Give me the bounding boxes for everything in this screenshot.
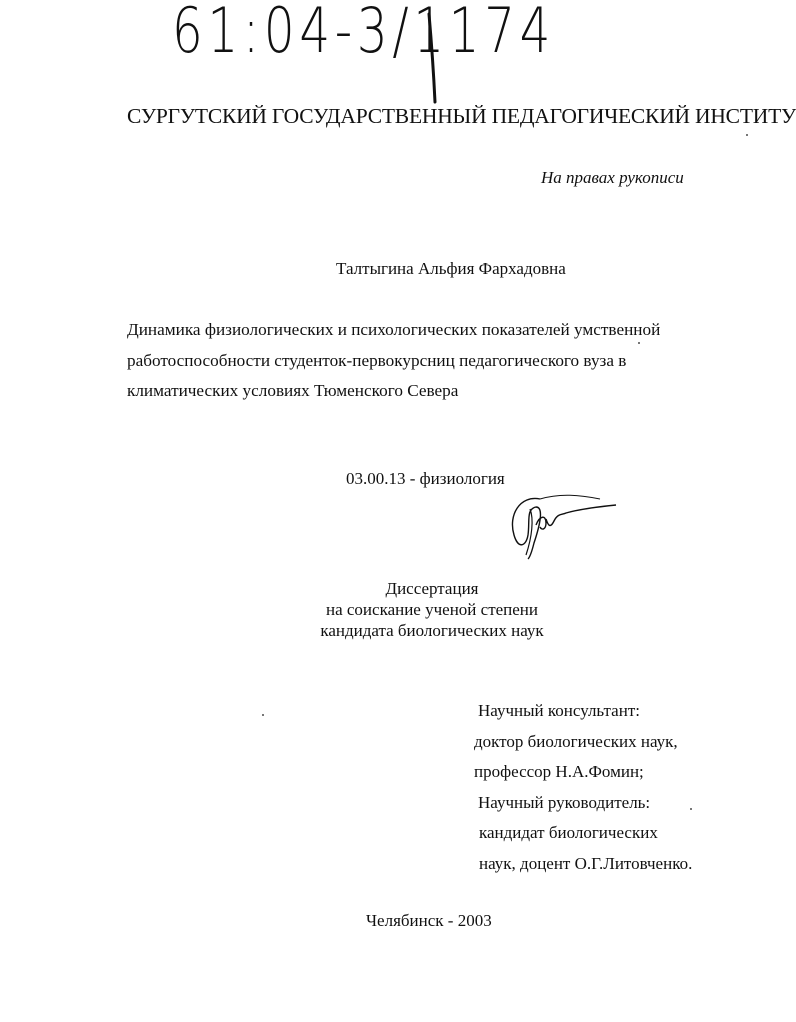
city-year: Челябинск - 2003 xyxy=(366,911,492,931)
scan-speck xyxy=(746,134,748,136)
advisor-line: Научный руководитель: xyxy=(474,788,692,819)
advisor-line: Научный консультант: xyxy=(474,696,692,727)
advisor-line: кандидат биологических xyxy=(474,818,692,849)
degree-line: на соискание ученой степени xyxy=(282,600,582,620)
author-name: Талтыгина Альфия Фархадовна xyxy=(336,259,566,279)
scan-speck xyxy=(262,714,264,716)
title-line: климатических условиях Тюменского Севера xyxy=(127,376,660,407)
advisor-line: доктор биологических наук, xyxy=(474,727,692,758)
signature-icon xyxy=(500,485,620,565)
advisor-line: наук, доцент О.Г.Литовченко. xyxy=(474,849,692,880)
archive-number: 61:04-3/1174 xyxy=(172,0,555,67)
dissertation-title: Динамика физиологических и психологическ… xyxy=(127,315,660,407)
degree-line: кандидата биологических наук xyxy=(282,620,582,642)
scan-speck xyxy=(638,342,640,344)
advisor-line: профессор Н.А.Фомин; xyxy=(474,757,692,788)
degree-line: Диссертация xyxy=(282,578,582,600)
specialty-code: 03.00.13 - физиология xyxy=(346,469,505,489)
title-line: работоспособности студенток-первокурсниц… xyxy=(127,346,660,377)
degree-block: Диссертация на соискание ученой степени … xyxy=(282,578,582,642)
scan-speck xyxy=(690,808,692,810)
title-line: Динамика физиологических и психологическ… xyxy=(127,315,660,346)
manuscript-rights: На правах рукописи xyxy=(541,168,684,188)
handwritten-slash-icon xyxy=(425,10,445,105)
advisors-block: Научный консультант: доктор биологически… xyxy=(474,696,692,879)
institute-name: СУРГУТСКИЙ ГОСУДАРСТВЕННЫЙ ПЕДАГОГИЧЕСКИ… xyxy=(127,104,796,129)
